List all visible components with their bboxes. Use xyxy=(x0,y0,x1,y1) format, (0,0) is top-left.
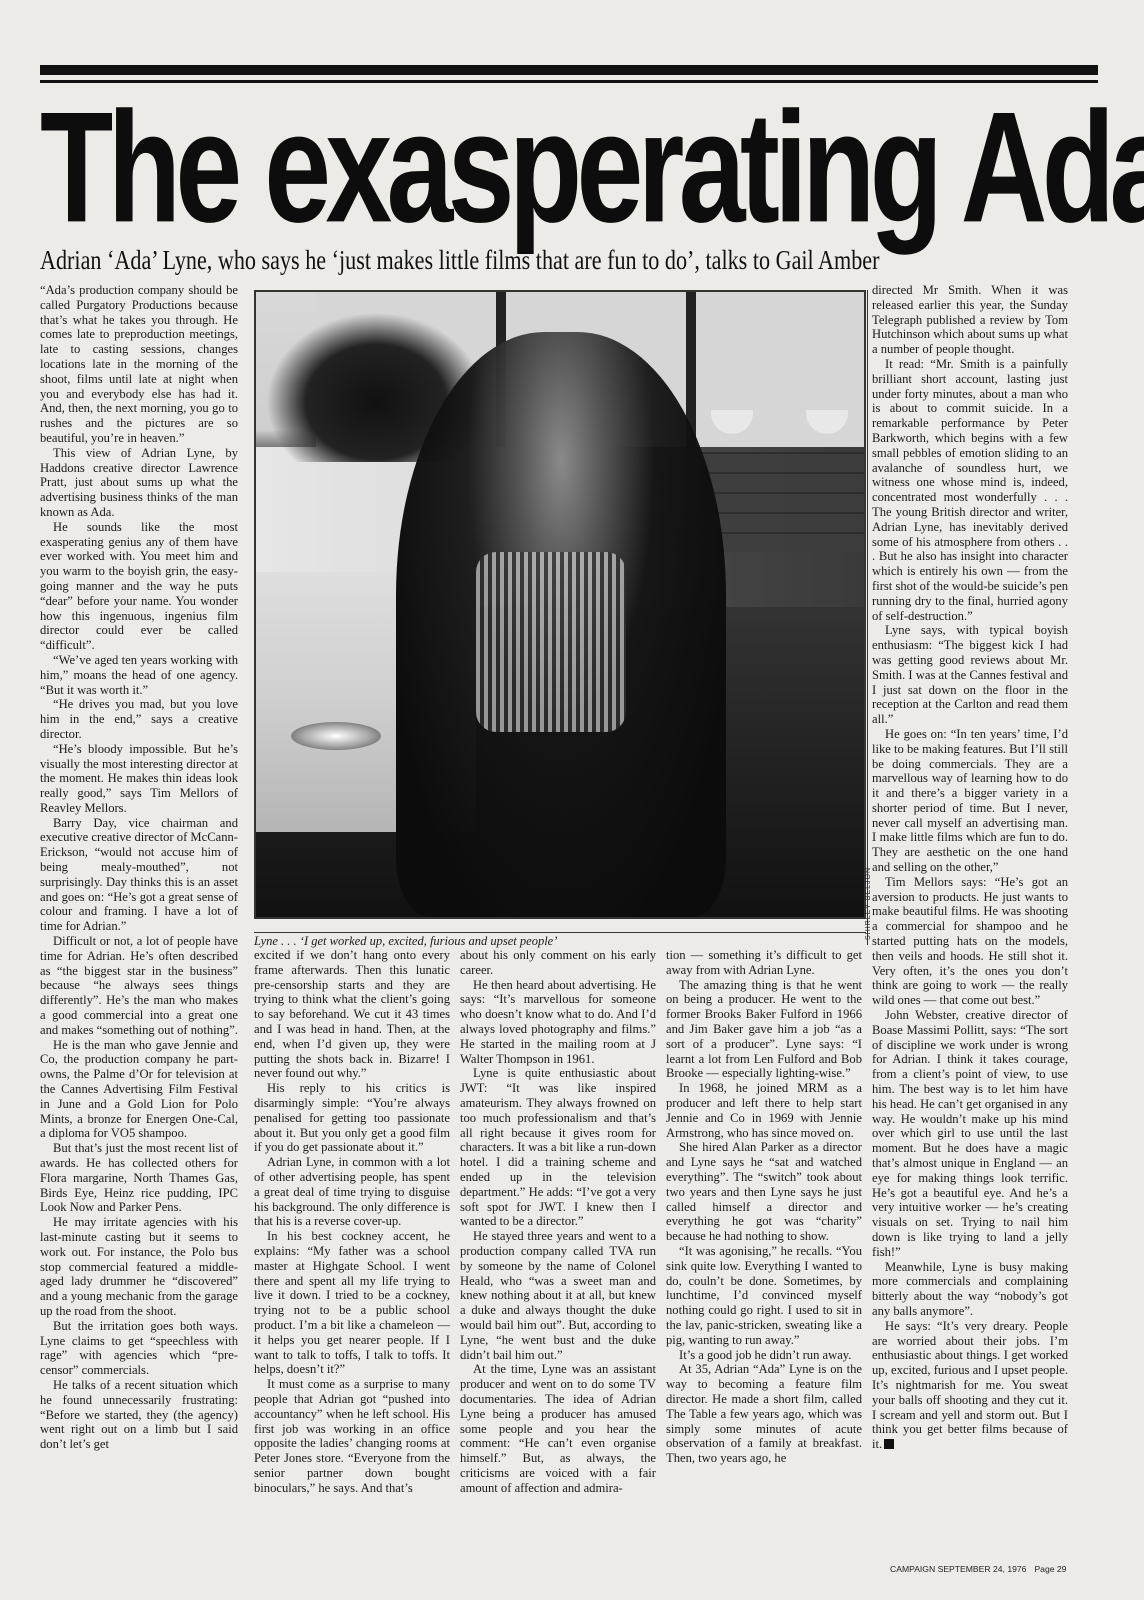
paragraph: “We’ve aged ten years working with him,”… xyxy=(40,653,238,697)
paragraph: She hired Alan Parker as a director and … xyxy=(666,1140,862,1244)
photo-striped-shirt xyxy=(476,552,626,732)
paragraph: excited if we don’t hang onto every fram… xyxy=(254,948,450,1081)
paragraph: Lyne is quite enthusiastic about JWT: “I… xyxy=(460,1066,656,1229)
paragraph: directed Mr Smith. When it was released … xyxy=(872,283,1068,357)
paragraph: He stayed three years and went to a prod… xyxy=(460,1229,656,1362)
paragraph-final: He says: “It’s very dreary. People are w… xyxy=(872,1319,1068,1452)
paragraph: tion — something it’s difficult to get a… xyxy=(666,948,862,978)
paragraph: But the irritation goes both ways. Lyne … xyxy=(40,1319,238,1378)
paragraph: Meanwhile, Lyne is busy making more comm… xyxy=(872,1260,1068,1319)
paragraph: This view of Adrian Lyne, by Haddons cre… xyxy=(40,446,238,520)
article-column-5: directed Mr Smith. When it was released … xyxy=(872,283,1068,1452)
article-photo xyxy=(254,290,866,919)
paragraph: “Ada’s production company should be call… xyxy=(40,283,238,446)
article-column-1: “Ada’s production company should be call… xyxy=(40,283,238,1452)
paragraph: Adrian Lyne, in common with a lot of oth… xyxy=(254,1155,450,1229)
paragraph: In his best cockney accent, he explains:… xyxy=(254,1229,450,1377)
end-of-article-mark-icon xyxy=(884,1439,894,1449)
paragraph: At the time, Lyne was an assistant produ… xyxy=(460,1362,656,1495)
caption-rule xyxy=(254,932,866,933)
photo-caption: Lyne . . . ‘I get worked up, excited, fu… xyxy=(254,934,854,948)
article-column-3: about his only comment on his early care… xyxy=(460,948,656,1495)
paragraph-final-text: He says: “It’s very dreary. People are w… xyxy=(872,1319,1068,1451)
paragraph: Lyne says, with typical boyish enthusias… xyxy=(872,623,1068,727)
paragraph: It’s a good job he didn’t run away. xyxy=(666,1348,862,1363)
paragraph: He then heard about advertising. He says… xyxy=(460,978,656,1067)
paragraph: Difficult or not, a lot of people have t… xyxy=(40,934,238,1038)
masthead-rule-thick xyxy=(40,65,1098,75)
paragraph: about his only comment on his early care… xyxy=(460,948,656,978)
paragraph: It read: “Mr. Smith is a painfully brill… xyxy=(872,357,1068,623)
paragraph: He is the man who gave Jennie and Co, th… xyxy=(40,1038,238,1142)
photo-side-rule xyxy=(867,290,868,945)
standfirst: Adrian ‘Ada’ Lyne, who says he ‘just mak… xyxy=(40,244,917,276)
paragraph: He talks of a recent situation which he … xyxy=(40,1378,238,1452)
paragraph: Barry Day, vice chairman and executive c… xyxy=(40,816,238,934)
paragraph: At 35, Adrian “Ada” Lyne is on the way t… xyxy=(666,1362,862,1466)
paragraph: His reply to his critics is disarmingly … xyxy=(254,1081,450,1155)
publication-date: CAMPAIGN SEPTEMBER 24, 1976 xyxy=(890,1564,1026,1574)
paragraph: He goes on: “In ten years’ time, I’d lik… xyxy=(872,727,1068,875)
paragraph: “He’s bloody impossible. But he’s visual… xyxy=(40,742,238,816)
photo-ashtray xyxy=(291,722,381,750)
article-column-2: excited if we don’t hang onto every fram… xyxy=(254,948,450,1495)
paragraph: John Webster, creative director of Boase… xyxy=(872,1008,1068,1260)
page-number: Page 29 xyxy=(1034,1564,1066,1574)
paragraph: He may irritate agencies with his last-m… xyxy=(40,1215,238,1319)
paragraph: It must come as a surprise to many peopl… xyxy=(254,1377,450,1495)
headline: The exasperating Ada xyxy=(40,88,888,246)
paragraph: He sounds like the most exasperating gen… xyxy=(40,520,238,653)
paragraph: “He drives you mad, but you love him in … xyxy=(40,697,238,741)
paragraph: Tim Mellors says: “He’s got an aversion … xyxy=(872,875,1068,1008)
article-column-4: tion — something it’s difficult to get a… xyxy=(666,948,862,1466)
paragraph: The amazing thing is that he went on bei… xyxy=(666,978,862,1082)
paragraph: But that’s just the most recent list of … xyxy=(40,1141,238,1215)
page-footer: CAMPAIGN SEPTEMBER 24, 1976Page 29 xyxy=(890,1564,1090,1574)
paragraph: In 1968, he joined MRM as a producer and… xyxy=(666,1081,862,1140)
paragraph: “It was agonising,” he recalls. “You sin… xyxy=(666,1244,862,1348)
